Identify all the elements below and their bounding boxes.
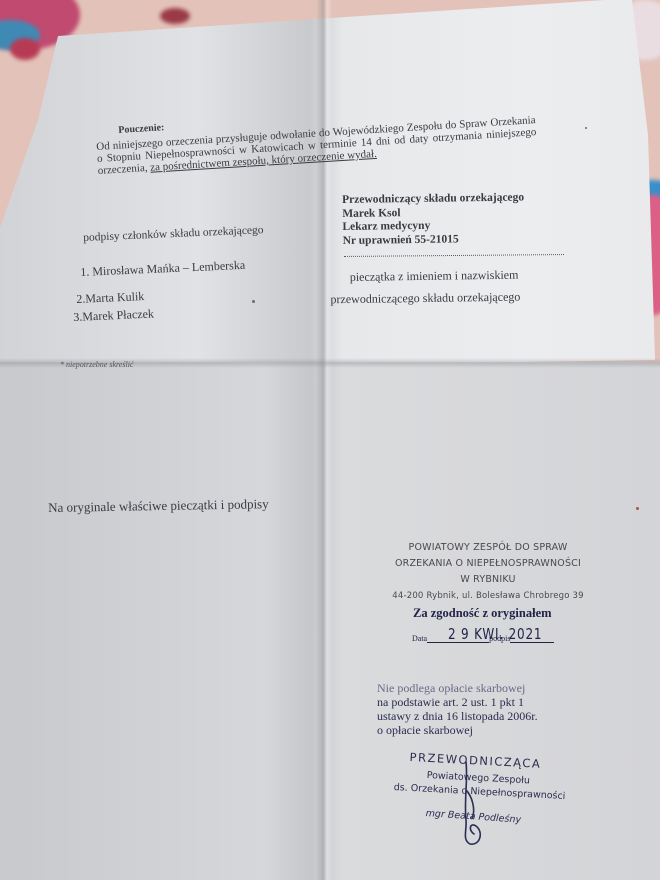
- office-stamp-line: W RYBNIKU: [378, 572, 598, 588]
- office-stamp-address: 44-200 Rybnik, ul. Bolesława Chrobrego 3…: [378, 588, 598, 604]
- paper-speck: [636, 507, 639, 510]
- handwritten-signature: [458, 760, 498, 850]
- flower-decoration: [10, 38, 40, 60]
- chairman-block: Przewodniczący składu orzekającego Marek…: [342, 191, 525, 248]
- stamp-caption-line: pieczątka z imieniem i nazwiskiem: [348, 264, 520, 288]
- fee-note-line: na podstawie art. 2 ust. 1 pkt 1: [377, 695, 538, 709]
- office-stamp-line: ORZEKANIA O NIEPEŁNOSPRAWNOŚCI: [378, 556, 598, 572]
- date-label: Data: [412, 634, 427, 643]
- berry-decoration: [160, 8, 190, 24]
- fee-exemption-note: Nie podlega opłacie skarbowej na podstaw…: [377, 681, 538, 737]
- office-stamp-line: POWIATOWY ZESPÓŁ DO SPRAW: [378, 540, 598, 556]
- member-item: 2.Marta Kulik: [76, 289, 145, 307]
- office-stamp: POWIATOWY ZESPÓŁ DO SPRAW ORZEKANIA O NI…: [378, 540, 598, 604]
- paper-speck: [252, 300, 255, 303]
- paper-speck: [585, 127, 587, 129]
- fee-note-line: o opłacie skarbowej: [377, 723, 538, 737]
- fee-note-line: Nie podlega opłacie skarbowej: [377, 681, 538, 695]
- fee-note-line: ustawy z dnia 16 listopada 2006r.: [377, 709, 538, 723]
- stamp-caption-line: przewodniczącego składu orzekającego: [330, 286, 520, 311]
- chairman-stamp-caption: pieczątka z imieniem i nazwiskiem przewo…: [348, 264, 521, 310]
- chairman-role: Przewodniczący składu orzekającego: [342, 191, 524, 207]
- date-stamp-value: 2 9 KWI. 2021: [448, 625, 542, 643]
- conformity-title: Za zgodność z oryginałem: [413, 606, 552, 621]
- footnote: * niepotrzebne skreślić: [60, 360, 133, 369]
- chairman-license: Nr uprawnień 55-21015: [343, 232, 525, 248]
